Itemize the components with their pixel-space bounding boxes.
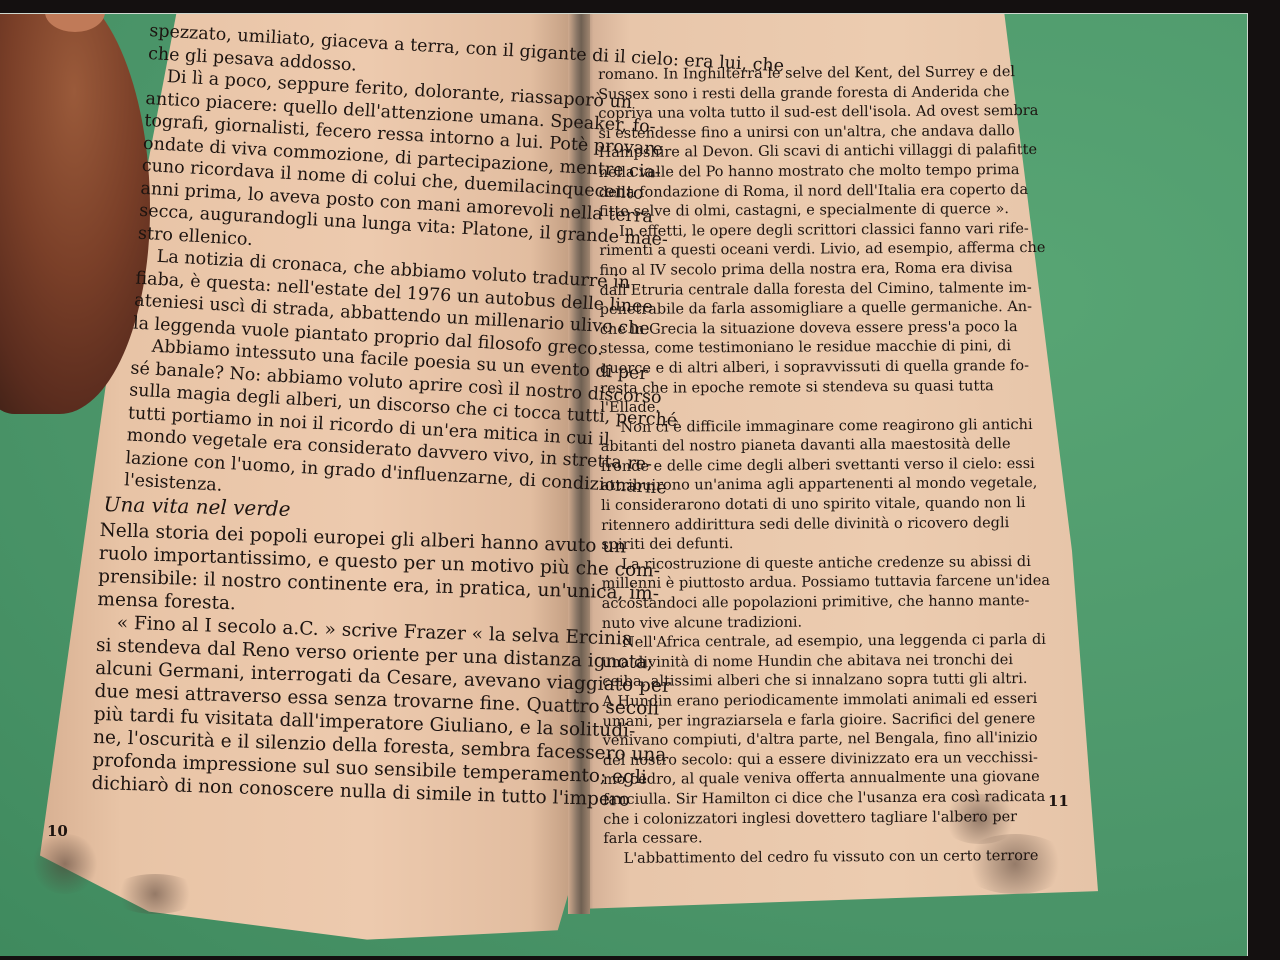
paragraph: La ricostruzione di queste antiche crede… <box>601 553 1050 635</box>
fingernail <box>45 13 105 32</box>
paragraph: In effetti, le opere degli scrittori cla… <box>599 220 1049 419</box>
text-line: li considerarono dotati di uno spirito v… <box>601 494 1049 517</box>
book-photo: spezzato, umiliato, giaceva a terra, con… <box>0 13 1248 956</box>
text-line: fanciulla. Sir Hamilton ci dice che l'us… <box>603 788 1051 811</box>
paragraph: « Fino al I secolo a.C. » scrive Frazer … <box>91 611 672 813</box>
paragraph: Nell'Africa centrale, ad esempio, una le… <box>602 631 1052 850</box>
text-line: accostandoci alle popolazioni primitive,… <box>602 592 1050 615</box>
left-page-lower-text: Nella storia dei popoli europei gli albe… <box>91 519 675 813</box>
text-line: nella valle del Po hanno mostrato che mo… <box>599 161 1047 184</box>
text-line: che i colonizzatori inglesi dovettero ta… <box>603 807 1051 830</box>
right-page-number: 11 <box>1048 792 1069 810</box>
text-line: ritennero addirittura sedi delle divinit… <box>601 514 1049 537</box>
page-stain <box>30 834 100 894</box>
text-line: querce e di altri alberi, i sopravvissut… <box>600 357 1048 380</box>
left-page-number: 10 <box>47 822 68 840</box>
text-line: fino al IV secolo prima della nostra era… <box>599 259 1047 282</box>
text-line: L'abbattimento del cedro fu vissuto con … <box>603 847 1051 870</box>
paragraph: romano. In Inghilterra le selve del Kent… <box>598 63 1047 223</box>
right-page-text: romano. In Inghilterra le selve del Kent… <box>598 63 1052 869</box>
section-heading: Una vita nel verde <box>103 492 290 521</box>
paragraph: Non ci è difficile immaginare come reagi… <box>600 416 1049 556</box>
text-line: A Hundin erano periodicamente immolati a… <box>602 690 1050 713</box>
text-line: resta che in epoche remote si stendeva s… <box>600 376 1048 399</box>
paragraph: L'abbattimento del cedro fu vissuto con … <box>603 847 1051 870</box>
page-stain <box>110 874 200 914</box>
paragraph: Nella storia dei popoli europei gli albe… <box>97 519 675 629</box>
text-line: penetrabile da farla assomigliare a quel… <box>600 298 1048 321</box>
text-line: romano. In Inghilterra le selve del Kent… <box>598 63 1046 86</box>
